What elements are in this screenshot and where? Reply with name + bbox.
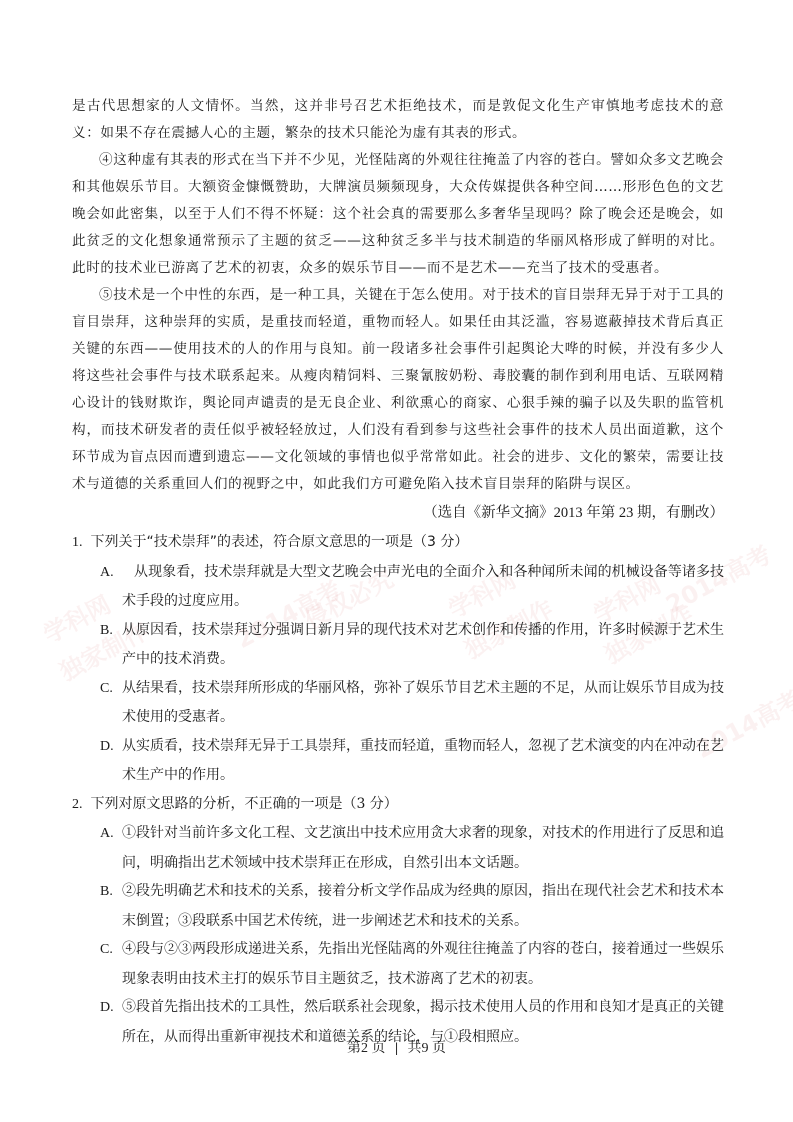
option-letter: A. — [100, 820, 122, 849]
question-text: 下列关于“技术崇拜”的表述，符合原文意思的一项是（3 分） — [90, 534, 468, 550]
option-text: 从现象看，技术崇拜就是大型文艺晚会中声光电的全面介入和各种闻所未闻的机械设备等诸… — [122, 564, 724, 610]
question-stem: 2. 下列对原文思路的分析，不正确的一项是（3 分） — [72, 790, 724, 820]
page-footer: 第2 页 | 共9 页 — [0, 1037, 793, 1057]
option-letter: C. — [100, 675, 122, 704]
option-text: ①段针对当前许多文化工程、文艺演出中技术应用贪大求奢的现象，对技术的作用进行了反… — [122, 825, 724, 871]
passage-paragraph-5: ⑤技术是一个中性的东西，是一种工具，关键在于怎么使用。对于技术的盲目崇拜无异于对… — [72, 282, 724, 498]
question-1: 1. 下列关于“技术崇拜”的表述，符合原文意思的一项是（3 分） A.从现象看，… — [72, 528, 724, 790]
option-text: 从结果看，技术崇拜所形成的华丽风格，弥补了娱乐节目艺术主题的不足，从而让娱乐节目… — [122, 680, 724, 726]
option-b: B.②段先明确艺术和技术的关系，接着分析文学作品成为经典的原因，指出在现代社会艺… — [72, 877, 724, 935]
option-text: ②段先明确艺术和技术的关系，接着分析文学作品成为经典的原因，指出在现代社会艺术和… — [122, 883, 724, 929]
option-c: C.④段与②③两段形成递进关系，先指出光怪陆离的外观往往掩盖了内容的苍白，接着通… — [72, 935, 724, 993]
total-pages: 共9 页 — [408, 1041, 447, 1056]
current-page-number: 第2 页 — [347, 1041, 386, 1056]
question-2: 2. 下列对原文思路的分析，不正确的一项是（3 分） A.①段针对当前许多文化工… — [72, 790, 724, 1052]
option-a: A.从现象看，技术崇拜就是大型文艺晚会中声光电的全面介入和各种闻所未闻的机械设备… — [72, 558, 724, 616]
question-number: 2. — [72, 791, 86, 820]
question-text: 下列对原文思路的分析，不正确的一项是（3 分） — [90, 796, 397, 812]
questions-section: 1. 下列关于“技术崇拜”的表述，符合原文意思的一项是（3 分） A.从现象看，… — [72, 528, 724, 1051]
passage-paragraph-continuation: 是古代思想家的人文情怀。当然，这并非号召艺术拒绝技术，而是敦促文化生产审慎地考虑… — [72, 93, 724, 147]
option-letter: A. — [100, 559, 134, 588]
option-text: 从实质看，技术崇拜无异于工具崇拜，重技而轻道，重物而轻人，忽视了艺术演变的内在冲… — [122, 738, 724, 784]
passage-paragraph-4: ④这种虚有其表的形式在当下并不少见，光怪陆离的外观往往掩盖了内容的苍白。譬如众多… — [72, 147, 724, 282]
option-c: C.从结果看，技术崇拜所形成的华丽风格，弥补了娱乐节目艺术主题的不足，从而让娱乐… — [72, 674, 724, 732]
option-letter: B. — [100, 878, 122, 907]
option-letter: B. — [100, 617, 122, 646]
footer-separator: | — [395, 1041, 398, 1056]
reading-passage: 是古代思想家的人文情怀。当然，这并非号召艺术拒绝技术，而是敦促文化生产审慎地考虑… — [72, 93, 724, 527]
document-page: 学科网 独家制作 2014高考 侵权必究 学科网 独家制作 学科网 独家制作 2… — [0, 0, 793, 1122]
option-a: A.①段针对当前许多文化工程、文艺演出中技术应用贪大求奢的现象，对技术的作用进行… — [72, 819, 724, 877]
option-letter: C. — [100, 936, 122, 965]
passage-source: （选自《新华文摘》2013 年第 23 期，有删改） — [72, 500, 724, 527]
option-letter: D. — [100, 994, 122, 1023]
option-text: 从原因看，技术崇拜过分强调日新月异的现代技术对艺术创作和传播的作用，许多时候源于… — [122, 622, 724, 668]
option-letter: D. — [100, 733, 122, 762]
option-text: ④段与②③两段形成递进关系，先指出光怪陆离的外观往往掩盖了内容的苍白，接着通过一… — [122, 941, 724, 987]
question-stem: 1. 下列关于“技术崇拜”的表述，符合原文意思的一项是（3 分） — [72, 528, 724, 558]
question-number: 1. — [72, 529, 86, 558]
option-d: D.从实质看，技术崇拜无异于工具崇拜，重技而轻道，重物而轻人，忽视了艺术演变的内… — [72, 732, 724, 790]
option-b: B.从原因看，技术崇拜过分强调日新月异的现代技术对艺术创作和传播的作用，许多时候… — [72, 616, 724, 674]
